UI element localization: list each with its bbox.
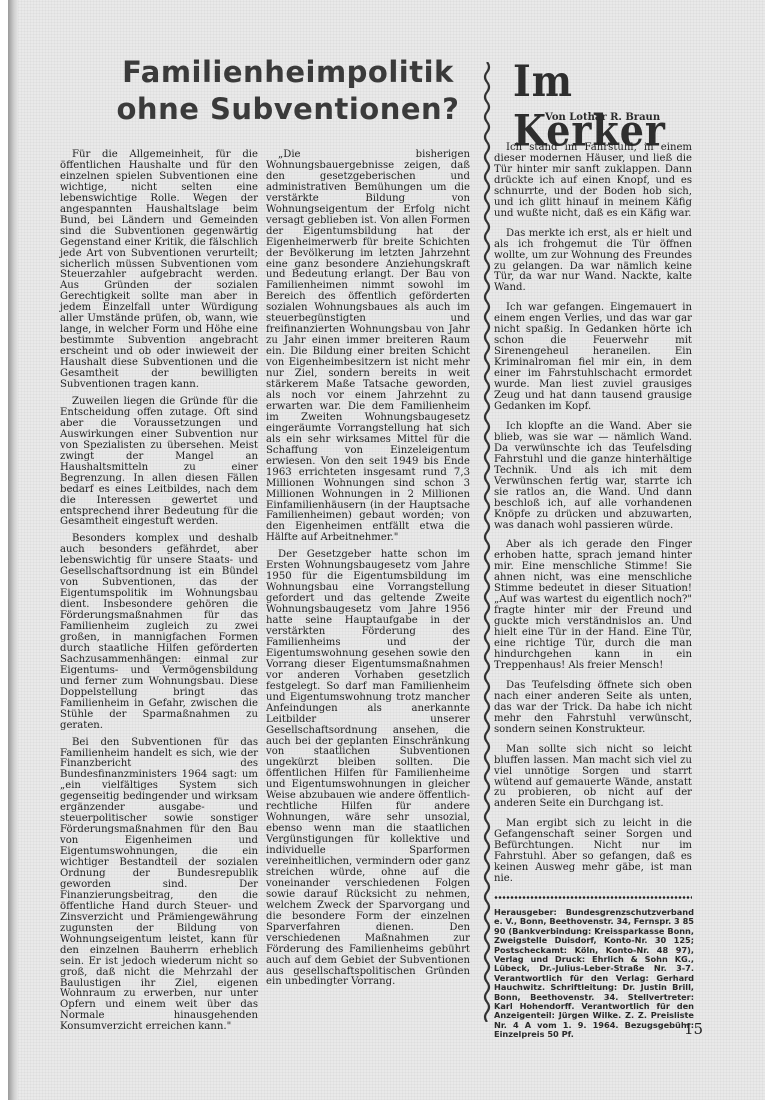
story-column: Ich stand im Fahrstuhl, in einem dieser … [494,143,692,894]
article-column-2: „Die bisherigen Wohnungsbauergebnisse ze… [266,150,470,994]
paragraph: Man ergibt sich zu leicht in die Gefange… [494,819,692,885]
title-line-2: ohne Subventionen? [78,91,498,128]
paragraph: Besonders komplex und deshalb auch beson… [60,534,258,731]
paragraph: „Die bisherigen Wohnungsbauergebnisse ze… [266,150,470,544]
paragraph: Der Gesetzgeber hatte schon im Ersten Wo… [266,550,470,988]
paragraph: Das merkte ich erst, als er hielt und al… [494,229,692,295]
magazine-page: Familienheimpolitik ohne Subventionen? F… [8,0,765,1100]
story-byline: Von Lothar R. Braun [545,112,660,123]
dotted-separator [494,896,692,899]
title-line-1: Familienheimpolitik [78,54,498,91]
story-title: Im Kerker [513,57,673,156]
paragraph: Für die Allgemeinheit, für die öffentlic… [60,150,258,391]
article-column-1: Für die Allgemeinheit, für die öffentlic… [60,150,258,1039]
article-title: Familienheimpolitik ohne Subventionen? [78,54,498,128]
page-binding-shadow [8,0,18,1100]
wavy-column-divider [482,62,492,1022]
imprint-block: Herausgeber: Bundesgrenzschutzverband e.… [494,908,694,1040]
paragraph: Ich war gefangen. Eingemauert in einem e… [494,303,692,413]
paragraph: Bei den Subventionen für das Familienhei… [60,738,258,1034]
paragraph: Ich klopfte an die Wand. Aber sie blieb,… [494,422,692,532]
paragraph: Man sollte sich nicht so leicht bluffen … [494,745,692,811]
paragraph: Zuweilen liegen die Gründe für die Entsc… [60,397,258,528]
page-number: 15 [684,1020,703,1038]
paragraph: Ich stand im Fahrstuhl, in einem dieser … [494,143,692,220]
paragraph: Aber als ich gerade den Finger erhoben h… [494,540,692,671]
paragraph: Das Teufelsding öffnete sich oben nach e… [494,681,692,736]
